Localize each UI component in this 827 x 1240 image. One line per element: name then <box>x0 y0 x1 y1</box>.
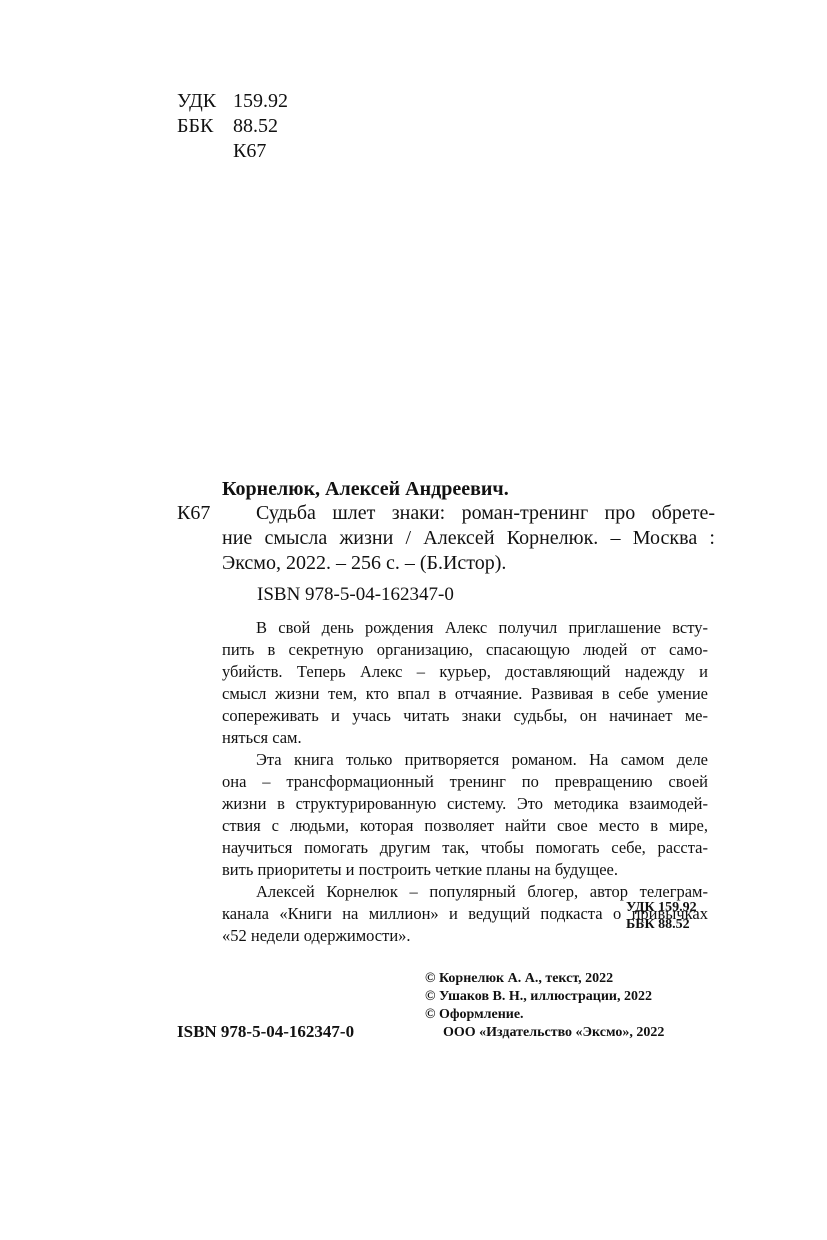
annotation-line: сопереживать и учась читать знаки судьбы… <box>222 706 708 726</box>
annotation-line: научиться помогать другим так, чтобы пом… <box>222 838 708 858</box>
udk-value: 159.92 <box>233 89 288 113</box>
bbk-label: ББК <box>177 114 213 138</box>
copyright-text: © Корнелюк А. А., текст, 2022 <box>425 970 664 988</box>
author-heading: Корнелюк, Алексей Андреевич. <box>222 478 509 501</box>
annotation-line: она – трансформационный тренинг по превр… <box>222 772 708 792</box>
author-mark: К67 <box>177 502 210 525</box>
annotation-line: жизни в структурированную систему. Это м… <box>222 794 708 814</box>
description-line: ние смысла жизни / Алексей Корнелюк. – М… <box>222 527 715 550</box>
annotation-line: пить в секретную организацию, спасающую … <box>222 640 708 660</box>
classification-block-bottom: УДК 159.92 ББК 88.52 <box>626 899 697 933</box>
bbk-row: ББК 88.52 <box>177 114 377 138</box>
annotation-line: ствия с людьми, которая позволяет найти … <box>222 816 708 836</box>
copyright-block: © Корнелюк А. А., текст, 2022 © Ушаков В… <box>425 970 664 1042</box>
annotation-line: смысл жизни тем, кто впал в отчаяние. Ра… <box>222 684 708 704</box>
author-mark-row: К67 <box>177 139 377 163</box>
annotation-line: В свой день рождения Алекс получил пригл… <box>222 618 708 638</box>
annotation-line: Эта книга только притворяется романом. Н… <box>222 750 708 770</box>
copyright-publisher: ООО «Издательство «Эксмо», 2022 <box>425 1024 664 1042</box>
isbn-record: ISBN 978-5-04-162347-0 <box>257 584 454 606</box>
description-line: Эксмо, 2022. – 256 с. – (Б.Истор). <box>222 552 506 575</box>
udk-label: УДК <box>177 89 216 113</box>
annotation-line: убийств. Теперь Алекс – курьер, доставля… <box>222 662 708 682</box>
bbk-code: ББК 88.52 <box>626 916 697 933</box>
author-mark-value: К67 <box>233 139 266 163</box>
udk-row: УДК 159.92 <box>177 89 377 113</box>
classification-block-top: УДК 159.92 ББК 88.52 К67 <box>177 89 377 169</box>
isbn-bottom: ISBN 978-5-04-162347-0 <box>177 1022 354 1042</box>
bbk-value: 88.52 <box>233 114 278 138</box>
annotation-line: вить приоритеты и построить четкие планы… <box>222 860 708 880</box>
description-line: Судьба шлет знаки: роман-тренинг про обр… <box>222 502 715 525</box>
copyright-illustrations: © Ушаков В. Н., иллюстрации, 2022 <box>425 988 664 1006</box>
udk-code: УДК 159.92 <box>626 899 697 916</box>
annotation-line: няться сам. <box>222 728 708 748</box>
copyright-design: © Оформление. <box>425 1006 664 1024</box>
